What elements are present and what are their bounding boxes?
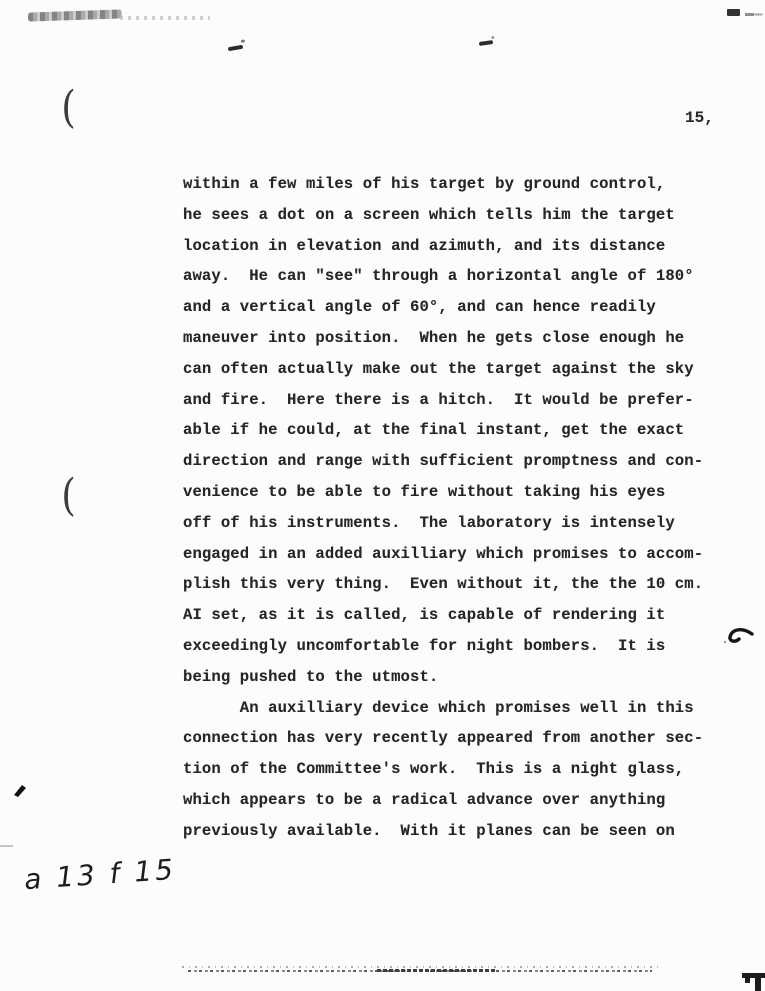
scan-speck-dash-2 bbox=[479, 40, 493, 46]
page-number: 15, bbox=[685, 109, 714, 127]
text-line: and fire. Here there is a hitch. It woul… bbox=[183, 385, 743, 416]
text-line: venience to be able to fire without taki… bbox=[183, 477, 743, 508]
scan-speck-dash-1 bbox=[228, 45, 243, 52]
document-page: 15, ( ( within a few miles of his target… bbox=[0, 0, 765, 991]
text-line: plish this very thing. Even without it, … bbox=[183, 569, 743, 600]
scan-faint-dash-left bbox=[0, 845, 13, 847]
text-line: he sees a dot on a screen which tells hi… bbox=[183, 200, 743, 231]
text-line: connection has very recently appeared fr… bbox=[183, 723, 743, 754]
margin-paren-mark-upper: ( bbox=[61, 86, 76, 130]
ink-squiggle-right bbox=[722, 627, 756, 649]
text-line: An auxilliary device which promises well… bbox=[183, 693, 743, 724]
text-line: within a few miles of his target by grou… bbox=[183, 169, 743, 200]
text-line: engaged in an added auxilliary which pro… bbox=[183, 539, 743, 570]
handwritten-annotation: a 13 f 15 bbox=[23, 853, 177, 897]
bottom-scan-line-row bbox=[182, 966, 660, 968]
text-line: being pushed to the utmost. bbox=[183, 662, 743, 693]
text-line: tion of the Committee's work. This is a … bbox=[183, 754, 743, 785]
scan-smudge-top-left bbox=[28, 9, 122, 21]
scan-mark-top-right bbox=[727, 9, 740, 16]
text-line: able if he could, at the final instant, … bbox=[183, 415, 743, 446]
text-line: can often actually make out the target a… bbox=[183, 354, 743, 385]
text-line: AI set, as it is called, is capable of r… bbox=[183, 600, 743, 631]
margin-paren-mark-lower: ( bbox=[61, 474, 76, 518]
text-line: exceedingly uncomfortable for night bomb… bbox=[183, 631, 743, 662]
scan-blob-bottom-right bbox=[742, 970, 765, 991]
ink-blob-left bbox=[11, 782, 29, 800]
bottom-scan-line bbox=[182, 966, 660, 974]
text-line: previously available. With it planes can… bbox=[183, 816, 743, 847]
text-line: maneuver into position. When he gets clo… bbox=[183, 323, 743, 354]
scan-smudge-tail bbox=[120, 16, 210, 20]
bottom-scan-line-dark-segment bbox=[377, 969, 497, 972]
text-line: away. He can "see" through a horizontal … bbox=[183, 261, 743, 292]
text-line: location in elevation and azimuth, and i… bbox=[183, 231, 743, 262]
body-text: within a few miles of his target by grou… bbox=[183, 169, 743, 847]
text-line: direction and range with sufficient prom… bbox=[183, 446, 743, 477]
text-line: off of his instruments. The laboratory i… bbox=[183, 508, 743, 539]
text-line: which appears to be a radical advance ov… bbox=[183, 785, 743, 816]
text-line: and a vertical angle of 60°, and can hen… bbox=[183, 292, 743, 323]
